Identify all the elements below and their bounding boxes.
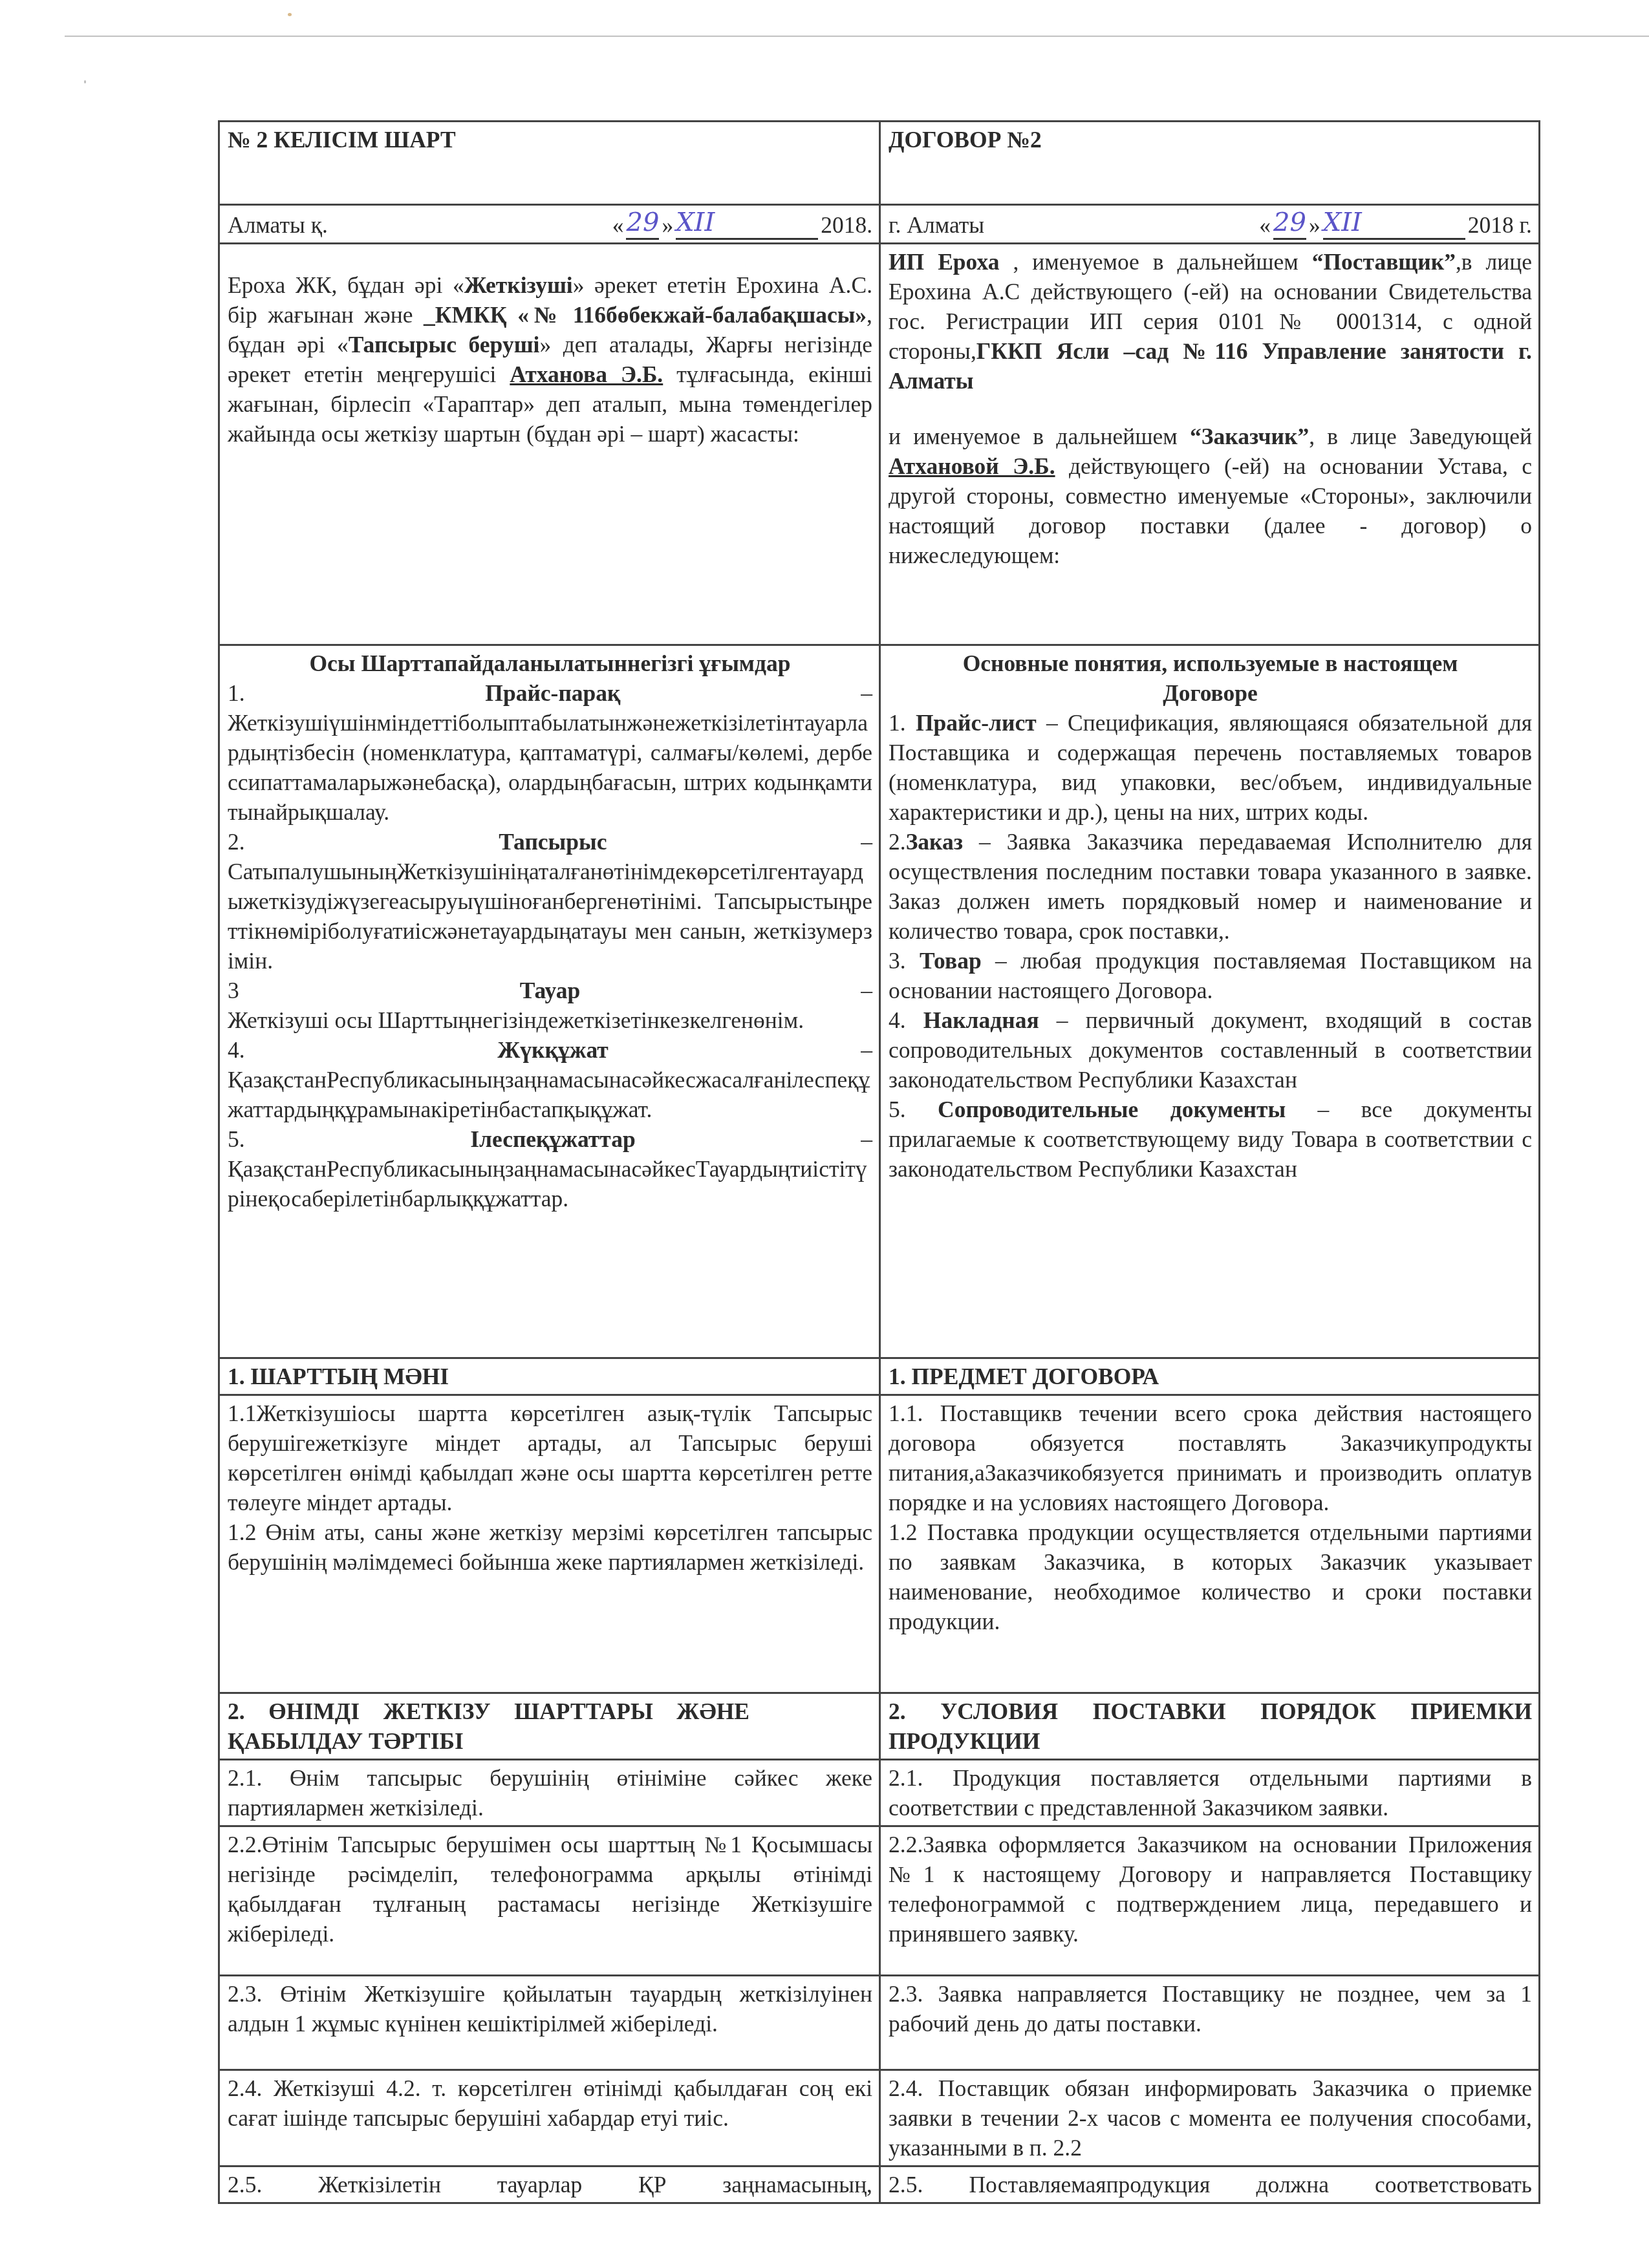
ru-clause-2-4: 2.4. Поставщик обязан информировать Зака… — [880, 2070, 1540, 2166]
ru-clause-2-1: 2.1. Продукция поставляется отдельными п… — [880, 1760, 1540, 1826]
kz-definition-text: Жеткізуші осы Шарттыңнегізіндежеткізетін… — [228, 1005, 872, 1035]
definition-num: 4. — [228, 1035, 245, 1065]
definition-term: Накладная — [923, 1007, 1039, 1033]
clause-row-2-2: 2.2.Өтінім Тапсырыс берушімен осы шартты… — [219, 1826, 1540, 1976]
scan-speck — [84, 80, 86, 83]
ru-date-cell: г. Алматы « 29 » XII 2018 г. — [880, 205, 1540, 244]
ru-clause-2-2: 2.2.Заявка оформляется Заказчиком на осн… — [880, 1826, 1540, 1976]
quote-open: « — [612, 210, 624, 240]
clause-row-2-5: 2.5. Жеткізілетін тауарлар ҚР заңнамасын… — [219, 2166, 1540, 2203]
kz-definitions-title: Осы Шарттапайдаланылатыннегізгі ұғымдар — [228, 648, 872, 678]
ru-city: г. Алматы — [889, 210, 984, 240]
kz-clause-2-3: 2.3. Өтінім Жеткізушіге қойылатын тауард… — [219, 1976, 880, 2070]
kz-section1-text: 1.1Жеткізушіосы шартта көрсетілген азық-… — [219, 1395, 880, 1693]
definition-dash: – — [861, 678, 872, 708]
head-name: Атханова Э.Б. — [510, 361, 663, 387]
definition-term: Ілеспеқұжаттар — [470, 1124, 635, 1154]
kz-parties-paragraph: Ероха ЖК, бұдан әрі «Жеткізуші» әрекет е… — [219, 244, 880, 645]
handwritten-day: 29 — [1273, 208, 1306, 237]
definition-num: 3. — [889, 948, 906, 974]
ru-definition-item: 1. Прайс-лист – Спецификация, являющаяся… — [889, 708, 1532, 827]
kz-definition-text: ҚазақстанРеспубликасыныңзаңнамасынасәйке… — [228, 1154, 872, 1214]
header-row: № 2 КЕЛІСІМ ШАРТ ДОГОВОР №2 — [219, 122, 1540, 205]
term-supplier: “Поставщик” — [1312, 249, 1456, 275]
definition-num: 2. — [228, 827, 245, 857]
definition-dash: – — [861, 827, 872, 857]
definition-term: Тауар — [520, 976, 581, 1005]
clause-1-2: 1.2 Поставка продукции осуществляется от… — [889, 1517, 1532, 1636]
clause-1-2: 1.2 Өнім аты, саны және жеткізу мерзімі … — [228, 1517, 872, 1577]
clause-row-2-4: 2.4. Жеткізуші 4.2. т. көрсетілген өтіні… — [219, 2070, 1540, 2166]
definition-term: Прайс-парақ — [485, 678, 620, 708]
customer-org: _КМКҚ «№ 116бөбекжай-балабақшасы» — [424, 302, 867, 328]
ru-date: « 29 » XII 2018 г. — [1259, 208, 1532, 240]
scan-speck — [288, 13, 292, 16]
kz-clause-2-4: 2.4. Жеткізуші 4.2. т. көрсетілген өтіні… — [219, 2070, 880, 2166]
kz-definition-term-line: 3Тауар– — [228, 976, 872, 1005]
handwritten-month: XII — [1323, 208, 1362, 237]
definition-num: 5. — [228, 1124, 245, 1154]
clause-row-2-3: 2.3. Өтінім Жеткізушіге қойылатын тауард… — [219, 1976, 1540, 2070]
section1-header-row: 1. ШАРТТЫҢ МӘНІ 1. ПРЕДМЕТ ДОГОВОРА — [219, 1358, 1540, 1395]
kz-section2-title: 2. ӨНІМДІ ЖЕТКІЗУ ШАРТТАРЫ ЖӘНЕ ҚАБЫЛДАУ… — [219, 1693, 880, 1760]
definition-term: Прайс-лист — [916, 710, 1037, 736]
ru-section1-text: 1.1. Поставщикв течении всего срока дейс… — [880, 1395, 1540, 1693]
text: , в лице Заведующей — [1309, 423, 1532, 449]
quote-open: « — [1259, 210, 1271, 240]
kz-definition-term-line: 4.Жүкқұжат– — [228, 1035, 872, 1065]
kz-clause-2-2: 2.2.Өтінім Тапсырыс берушімен осы шартты… — [219, 1826, 880, 1976]
term-supplier: Жеткізуші — [464, 272, 573, 298]
definitions-row: Осы Шарттапайдаланылатыннегізгі ұғымдар … — [219, 645, 1540, 1358]
ru-definitions-title: Основные понятия, используемые в настоящ… — [889, 648, 1532, 708]
ru-parties-paragraph: ИП Ероха , именуемое в дальнейшем “Поста… — [880, 244, 1540, 645]
definition-num: 4. — [889, 1007, 906, 1033]
ru-definition-item: 3. Товар – любая продукция поставляемая … — [889, 946, 1532, 1005]
ru-year: 2018 г. — [1468, 210, 1532, 240]
definition-dash: – — [861, 1124, 872, 1154]
kz-section1-title: 1. ШАРТТЫҢ МӘНІ — [219, 1358, 880, 1395]
clause-1-1: 1.1. Поставщикв течении всего срока дейс… — [889, 1398, 1532, 1517]
definition-num: 2. — [889, 829, 906, 855]
kz-definition-text: СатыпалушыныңЖеткізушініңаталғанөтінімде… — [228, 857, 872, 976]
definition-num: 1. — [889, 710, 906, 736]
ru-section2-title: 2. УСЛОВИЯ ПОСТАВКИ ПОРЯДОК ПРИЕМКИ ПРОД… — [880, 1693, 1540, 1760]
date-row: Алматы қ. « 29 » XII 2018. г. Алматы « 2… — [219, 205, 1540, 244]
parties-row: Ероха ЖК, бұдан әрі «Жеткізуші» әрекет е… — [219, 244, 1540, 645]
definition-num: 3 — [228, 976, 239, 1005]
text: , именуемое в дальнейшем — [999, 249, 1311, 275]
definition-text: – любая продукция поставляемая Поставщик… — [889, 948, 1532, 1003]
text: и именуемое в дальнейшем — [889, 423, 1190, 449]
definition-term: Сопроводительные документы — [938, 1097, 1286, 1122]
definition-term: Тапсырыс — [499, 827, 607, 857]
ru-definitions: Основные понятия, используемые в настоящ… — [880, 645, 1540, 1358]
kz-title: № 2 КЕЛІСІМ ШАРТ — [219, 122, 880, 205]
ru-day-field: 29 — [1273, 208, 1306, 240]
definition-dash: – — [861, 1035, 872, 1065]
ru-section1-title: 1. ПРЕДМЕТ ДОГОВОРА — [880, 1358, 1540, 1395]
term-customer: “Заказчик” — [1190, 423, 1309, 449]
contract-table: № 2 КЕЛІСІМ ШАРТ ДОГОВОР №2 Алматы қ. « … — [218, 120, 1540, 2204]
kz-definition-term-line: 2.Тапсырыс– — [228, 827, 872, 857]
section2-header-row: 2. ӨНІМДІ ЖЕТКІЗУ ШАРТТАРЫ ЖӘНЕ ҚАБЫЛДАУ… — [219, 1693, 1540, 1760]
kz-definitions: Осы Шарттапайдаланылатыннегізгі ұғымдар … — [219, 645, 880, 1358]
handwritten-month: XII — [676, 208, 715, 237]
definition-dash: – — [861, 976, 872, 1005]
quote-close: » — [662, 210, 673, 240]
ru-definition-item: 2.Заказ – Заявка Заказчика передаваемая … — [889, 827, 1532, 946]
kz-definition-text: Жеткізушіүшінміндеттіболыптабылатынжәнеж… — [228, 708, 872, 827]
supplier-name: ИП Ероха — [889, 249, 999, 275]
kz-definition-term-line: 1.Прайс-парақ– — [228, 678, 872, 708]
term-customer: Тапсырыс беруші — [349, 332, 540, 358]
kz-date: « 29 » XII 2018. — [612, 208, 872, 240]
ru-clause-2-5: 2.5. Поставляемаяпродукция должна соотве… — [880, 2166, 1540, 2203]
kz-definition-text: ҚазақстанРеспубликасыныңзаңнамасынасәйке… — [228, 1065, 872, 1124]
kz-date-cell: Алматы қ. « 29 » XII 2018. — [219, 205, 880, 244]
ru-definition-item: 4. Накладная – первичный документ, входя… — [889, 1005, 1532, 1095]
definition-term: Жүкқұжат — [497, 1035, 609, 1065]
definition-num: 5. — [889, 1097, 906, 1122]
kz-city: Алматы қ. — [228, 210, 328, 240]
quote-close: » — [1309, 210, 1320, 240]
clause-1-1: 1.1Жеткізушіосы шартта көрсетілген азық-… — [228, 1398, 872, 1517]
section1-body-row: 1.1Жеткізушіосы шартта көрсетілген азық-… — [219, 1395, 1540, 1693]
scan-artifact-line — [65, 36, 1649, 37]
customer-org: ГККП Ясли –сад №116 Управление занятости… — [889, 338, 1532, 394]
text: Ероха ЖК, бұдан әрі « — [228, 272, 464, 298]
kz-clause-2-1: 2.1. Өнім тапсырыс берушінің өтініміне с… — [219, 1760, 880, 1826]
ru-title: ДОГОВОР №2 — [880, 122, 1540, 205]
ru-clause-2-3: 2.3. Заявка направляется Поставщику не п… — [880, 1976, 1540, 2070]
definition-text: – Заявка Заказчика передаваемая Исполнит… — [889, 829, 1532, 944]
kz-day-field: 29 — [626, 208, 659, 240]
ru-month-field: XII — [1323, 208, 1465, 240]
ru-definition-item: 5. Сопроводительные документы – все доку… — [889, 1095, 1532, 1184]
kz-definition-term-line: 5.Ілеспеқұжаттар– — [228, 1124, 872, 1154]
handwritten-day: 29 — [626, 208, 659, 237]
definition-term: Товар — [920, 948, 982, 974]
definition-num: 1. — [228, 678, 245, 708]
clause-row-2-1: 2.1. Өнім тапсырыс берушінің өтініміне с… — [219, 1760, 1540, 1826]
kz-clause-2-5: 2.5. Жеткізілетін тауарлар ҚР заңнамасын… — [219, 2166, 880, 2203]
definition-term: Заказ — [906, 829, 963, 855]
kz-month-field: XII — [676, 208, 818, 240]
head-name: Атхановой Э.Б. — [889, 453, 1055, 479]
kz-year: 2018. — [821, 210, 872, 240]
